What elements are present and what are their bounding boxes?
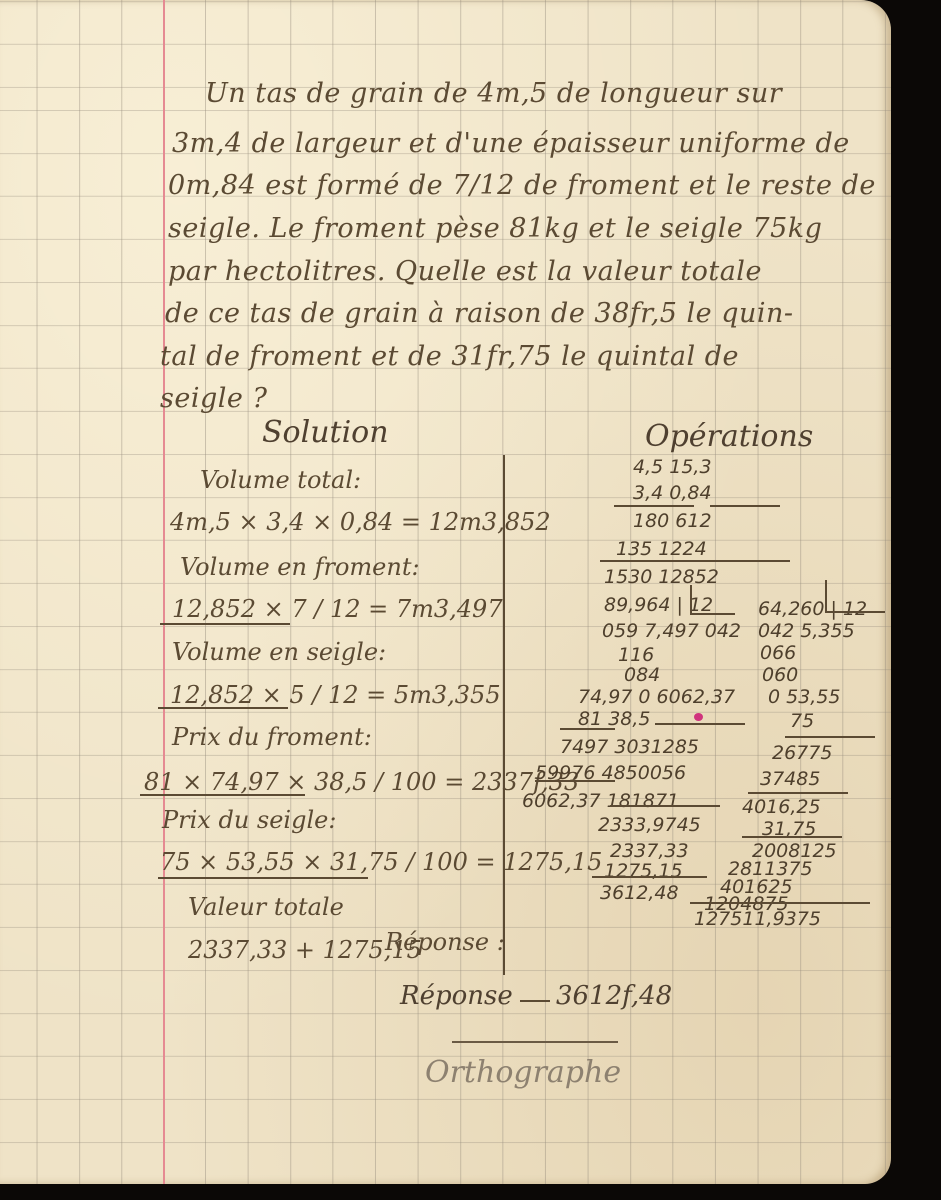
section-separator — [452, 1041, 618, 1043]
operation-rule — [742, 836, 842, 838]
operation-rule — [710, 505, 780, 507]
operation-line: 37485 — [760, 770, 820, 789]
operation-line: 3612,48 — [600, 884, 679, 903]
step-expression: 75 × 53,55 × 31,75 / 100 = 1275,15 — [160, 850, 602, 874]
problem-line: Un tas de grain de 4m,5 de longueur sur — [205, 80, 782, 107]
operation-rule — [655, 723, 745, 725]
operation-line: 1530 12852 — [604, 568, 719, 587]
division-rule — [825, 611, 885, 613]
operation-line: 81 38,5 — [578, 710, 651, 729]
red-margin-line — [163, 0, 165, 1184]
inline-reponse-label: Réponse : — [385, 930, 505, 954]
operation-line: 64,260 | 12 — [758, 600, 867, 619]
step-label: Prix du seigle: — [162, 808, 336, 832]
division-rule — [690, 613, 735, 615]
answer-dash — [520, 1000, 550, 1002]
operation-line: 059 7,497 042 — [602, 622, 741, 641]
problem-line: seigle ? — [160, 385, 267, 412]
operation-line: 2337,33 — [610, 842, 689, 861]
operation-line: 0 53,55 — [768, 688, 841, 707]
operation-rule — [785, 736, 875, 738]
next-section-heading: Orthographe — [425, 1058, 621, 1088]
step-label: Valeur totale — [188, 895, 344, 919]
notebook-page: Un tas de grain de 4m,5 de longueur sur … — [0, 0, 891, 1184]
step-label: Volume en froment: — [180, 555, 420, 579]
operation-line: 1275,15 — [604, 862, 683, 881]
operation-line: 060 — [762, 666, 798, 685]
operation-rule — [614, 505, 694, 507]
operation-rule — [560, 728, 615, 730]
answer-value: 3612f,48 — [556, 983, 672, 1009]
operation-rule — [610, 805, 720, 807]
operation-rule — [592, 876, 707, 878]
operation-line: 135 1224 — [616, 540, 707, 559]
operation-line: 75 — [790, 712, 814, 731]
step-expression: 12,852 × 5 / 12 = 5m3,355 — [170, 683, 501, 707]
operation-line: 116 — [618, 646, 654, 665]
fraction-bar — [140, 794, 305, 796]
operation-rule — [535, 780, 615, 782]
operation-rule — [690, 902, 870, 904]
step-expression: 81 × 74,97 × 38,5 / 100 = 2337f,33 — [144, 770, 579, 794]
operations-heading: Opérations — [645, 422, 813, 452]
step-expression: 12,852 × 7 / 12 = 7m3,497 — [172, 597, 503, 621]
problem-line: 3m,4 de largeur et d'une épaisseur unifo… — [172, 130, 850, 157]
step-expression: 4m,5 × 3,4 × 0,84 = 12m3,852 — [170, 510, 551, 534]
step-label: Volume en seigle: — [172, 640, 386, 664]
operation-rule — [600, 560, 790, 562]
problem-line: tal de froment et de 31fr,75 le quintal … — [160, 343, 739, 370]
step-label: Volume total: — [200, 468, 361, 492]
ink-blot — [694, 713, 703, 721]
division-bar — [825, 580, 827, 612]
step-label: Prix du froment: — [172, 725, 372, 749]
operation-line: 4,5 15,3 — [633, 458, 712, 477]
operation-line: 2333,9745 — [598, 816, 701, 835]
operation-line: 042 5,355 — [758, 622, 855, 641]
fraction-bar — [160, 623, 290, 625]
operation-rule — [748, 792, 848, 794]
division-bar — [690, 585, 692, 615]
operation-line: 6062,37 181871 — [522, 792, 679, 811]
operation-line: 066 — [760, 644, 796, 663]
operation-line: 127511,9375 — [694, 910, 821, 929]
operation-line: 3,4 0,84 — [633, 484, 712, 503]
operation-line: 4016,25 — [742, 798, 821, 817]
problem-line: par hectolitres. Quelle est la valeur to… — [168, 258, 762, 285]
operation-line: 74,97 0 6062,37 — [578, 688, 735, 707]
operation-line: 084 — [624, 666, 660, 685]
solution-heading: Solution — [262, 418, 389, 448]
column-divider — [503, 455, 505, 975]
operation-line: 26775 — [772, 744, 832, 763]
problem-line: 0m,84 est formé de 7/12 de froment et le… — [168, 172, 876, 199]
operation-line: 180 612 — [633, 512, 712, 531]
problem-line: de ce tas de grain à raison de 38fr,5 le… — [165, 300, 794, 327]
operation-line: 7497 3031285 — [560, 738, 699, 757]
answer-label: Réponse — [400, 983, 513, 1009]
fraction-bar — [158, 707, 288, 709]
fraction-bar — [158, 877, 368, 879]
problem-line: seigle. Le froment pèse 81kg et le seigl… — [168, 215, 822, 242]
